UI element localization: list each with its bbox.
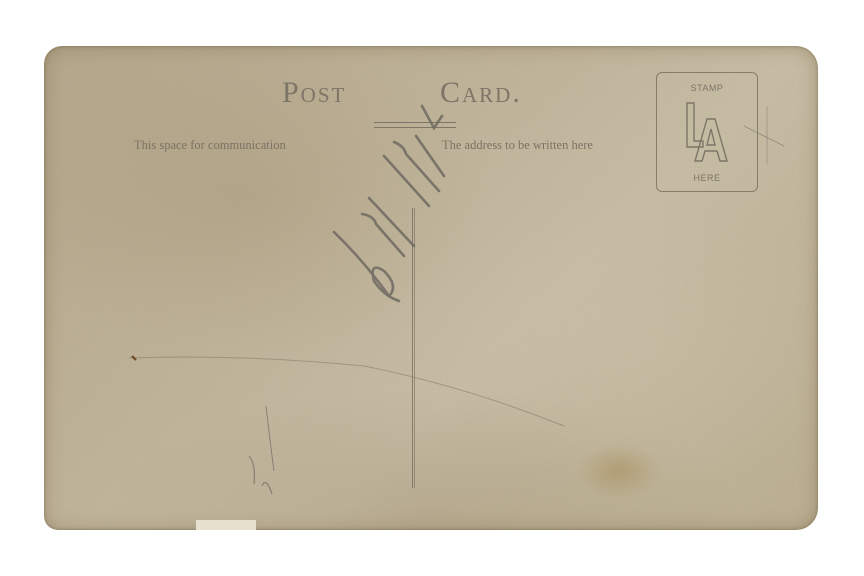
title-card: Card. <box>440 76 522 110</box>
communication-label: This space for communication <box>134 138 286 153</box>
center-divider-line <box>412 208 415 488</box>
title-post: Post <box>282 76 346 110</box>
postcard-back: Post Card. This space for communication … <box>44 46 818 530</box>
la-logo-icon <box>683 101 731 163</box>
address-label: The address to be written here <box>442 138 593 153</box>
torn-edge <box>196 520 256 530</box>
stamp-label: STAMP <box>657 83 757 93</box>
title-underline-second <box>374 127 456 128</box>
stamp-box: STAMP HERE <box>656 72 758 192</box>
stamp-here-label: HERE <box>657 173 757 183</box>
title-underline <box>374 122 456 123</box>
